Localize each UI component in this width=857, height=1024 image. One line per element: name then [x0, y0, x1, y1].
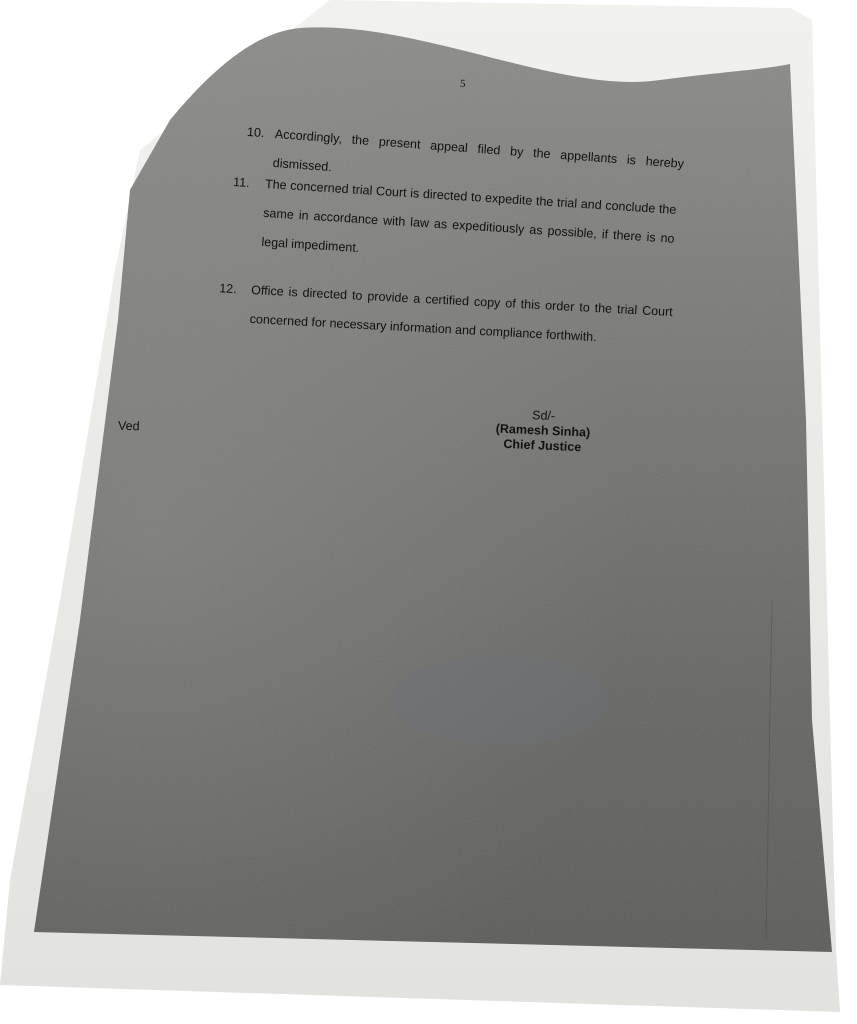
paragraph-text: Accordingly, the present appeal filed by…	[272, 127, 684, 174]
paragraph-text: Office is directed to provide a certifie…	[249, 283, 673, 344]
paragraph-number: 10.	[246, 118, 265, 148]
paragraph-number: 12.	[219, 274, 238, 304]
paragraph-12: 12. Office is directed to provide a cert…	[249, 276, 673, 356]
typist-initials: Ved	[118, 419, 140, 434]
paragraph-number: 11.	[232, 168, 250, 198]
page-number: 5	[460, 78, 466, 90]
signature-block: Sd/- (Ramesh Sinha) Chief Justice	[482, 406, 604, 456]
document-text: 5 10. Accordingly, the present appeal fi…	[0, 0, 857, 1024]
